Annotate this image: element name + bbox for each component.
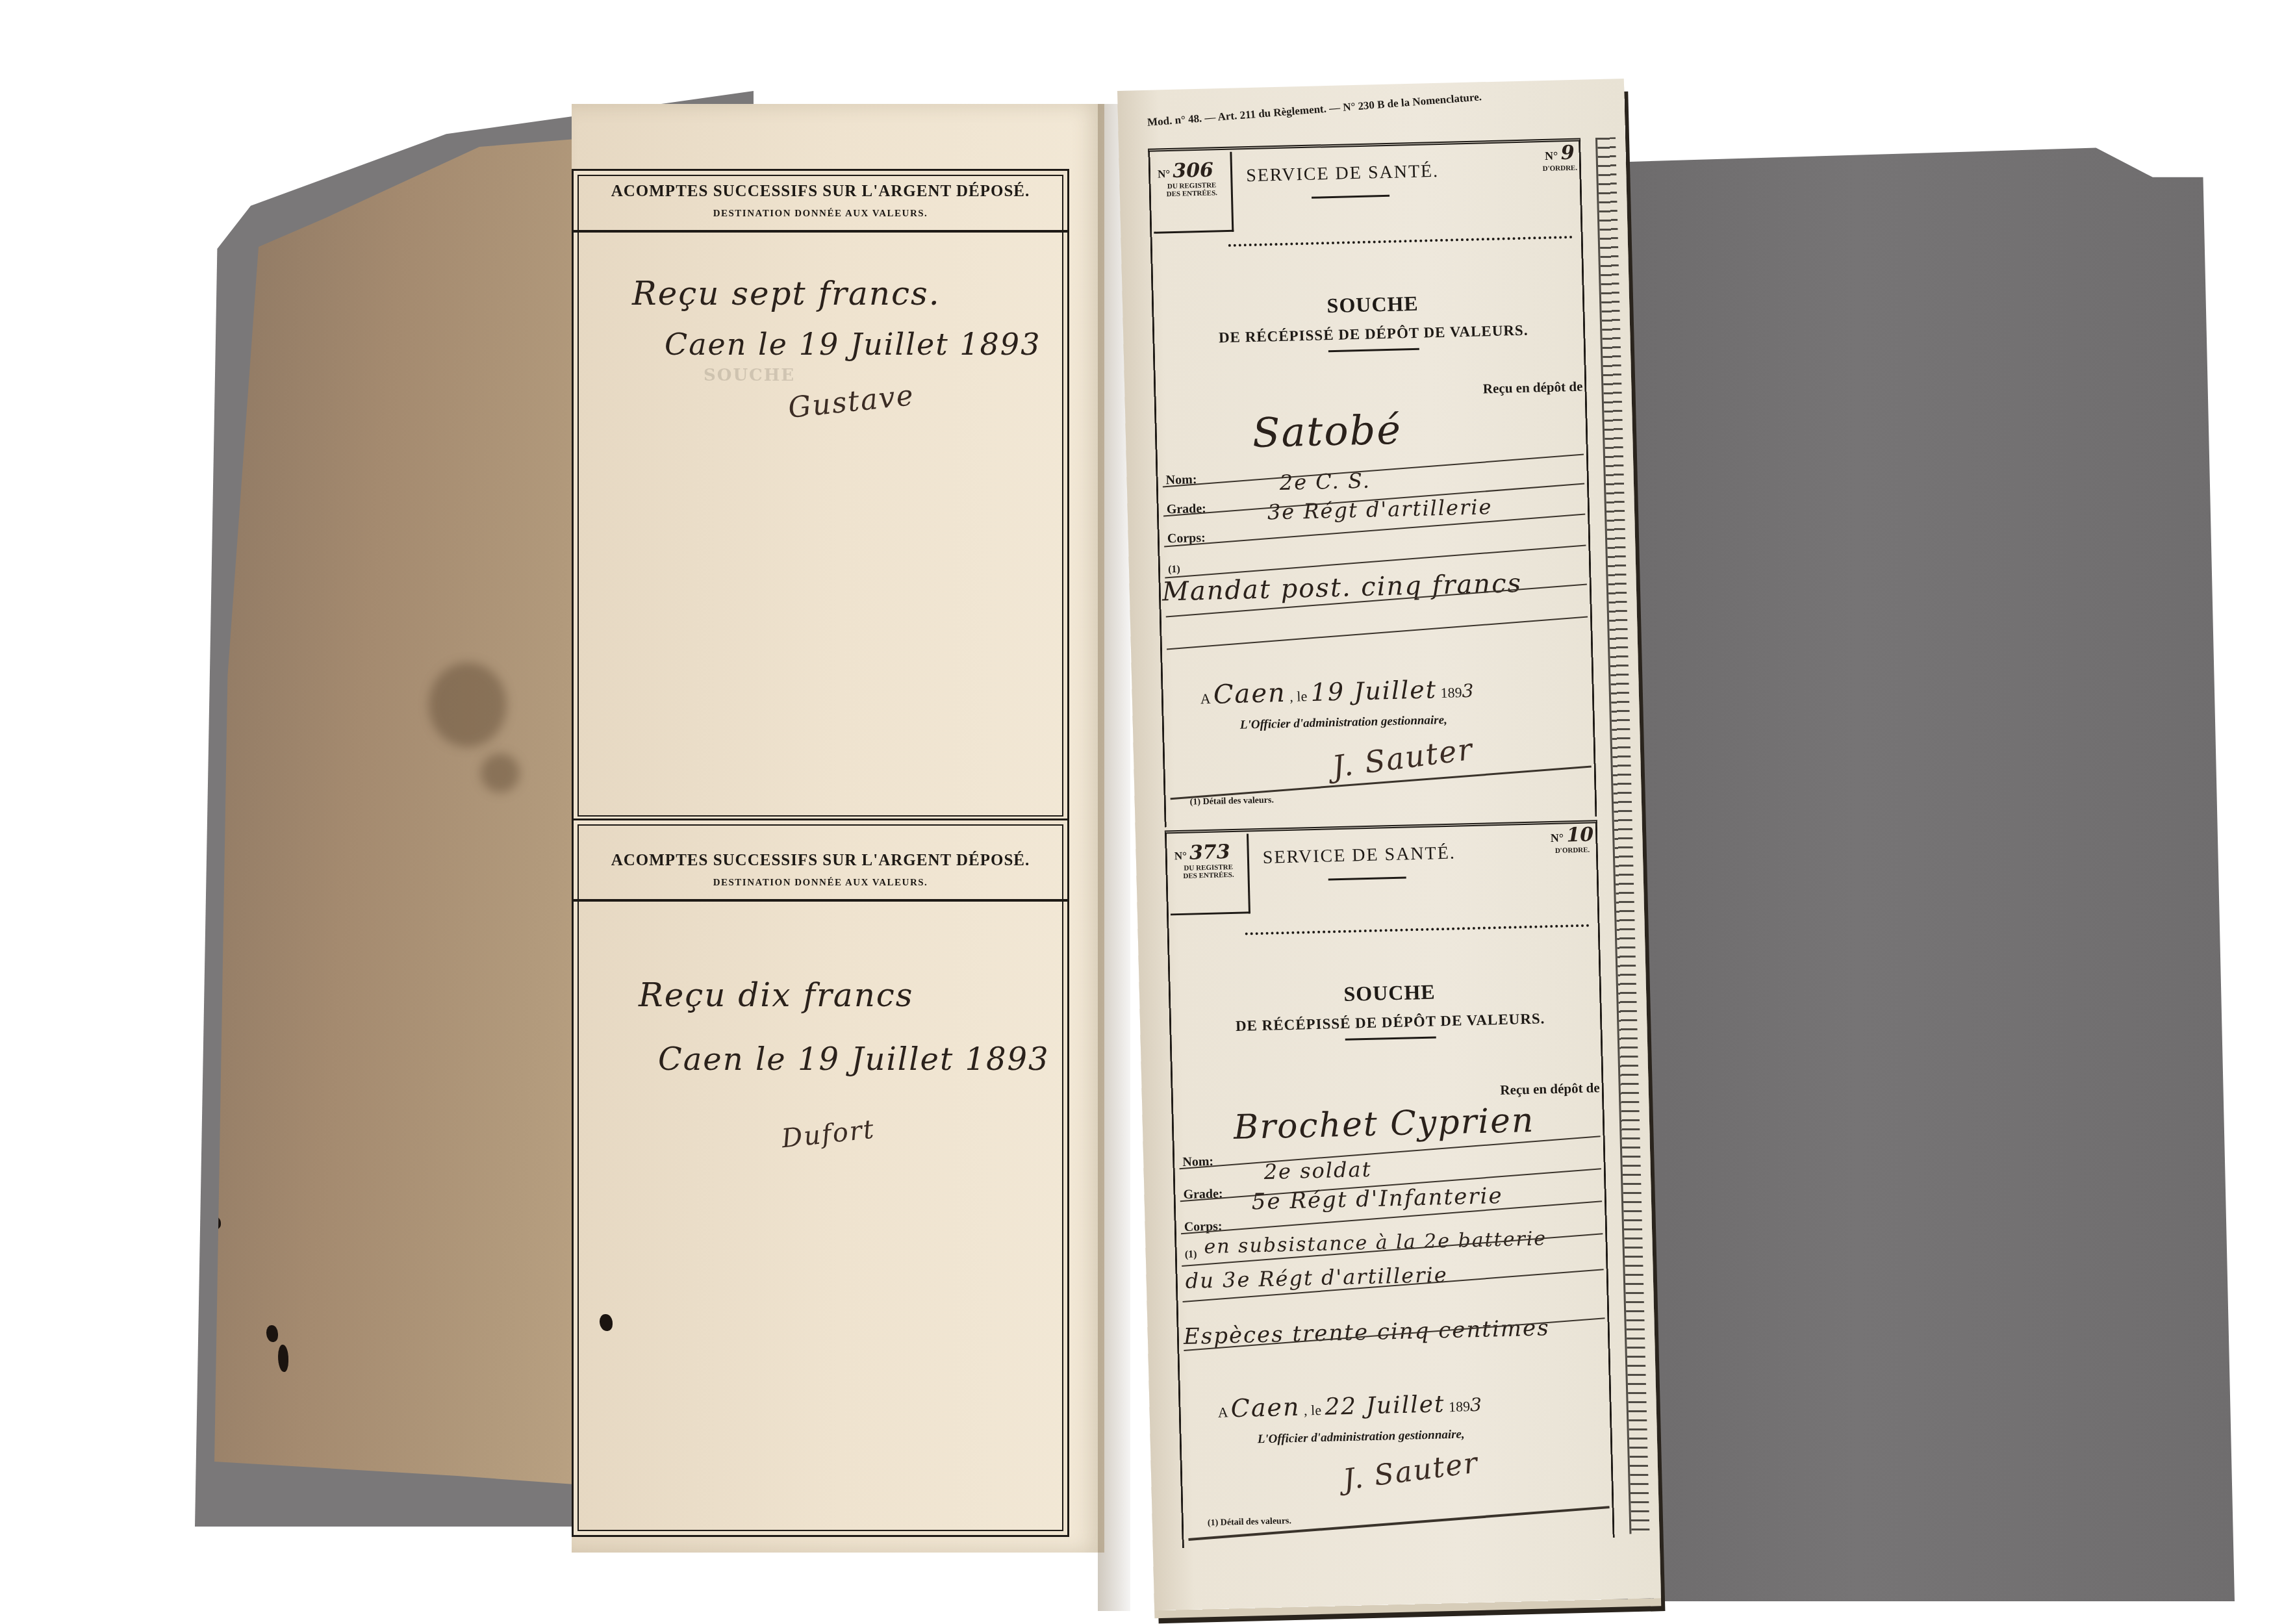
footnote: (1) Détail des valeurs. [1208, 1516, 1291, 1529]
grade-value: 2e C. S. [1279, 468, 1371, 495]
detail-marker: (1) [1185, 1249, 1197, 1261]
place-value: Caen [1230, 1393, 1300, 1423]
acompte-header: ACOMPTES SUCCESSIFS SUR L'ARGENT DÉPOSÉ.… [574, 840, 1067, 902]
back-cover-grey [1605, 133, 2235, 1601]
acompte-title: ACOMPTES SUCCESSIFS SUR L'ARGENT DÉPOSÉ. [574, 852, 1067, 870]
left-page: ACOMPTES SUCCESSIFS SUR L'ARGENT DÉPOSÉ.… [572, 104, 1104, 1553]
acompte-subtitle: DESTINATION DONNÉE AUX VALEURS. [574, 209, 1067, 220]
souche-block: SOUCHE DE RÉCÉPISSÉ DE DÉPÔT DE VALEURS. [1169, 976, 1612, 1045]
ink-blot [600, 1314, 613, 1331]
acompte-header: ACOMPTES SUCCESSIFS SUR L'ARGENT DÉPOSÉ.… [574, 171, 1067, 233]
ink-blot [278, 1345, 288, 1372]
date-value: 22 Juillet [1325, 1391, 1445, 1421]
order-number-box: N° 10 D'ORDRE. [1550, 823, 1594, 855]
order-number-box: N° 9 D'ORDRE. [1542, 142, 1578, 173]
show-through-souche: SOUCHE [704, 366, 795, 385]
left-stub-2: ACOMPTES SUCCESSIFS SUR L'ARGENT DÉPOSÉ.… [572, 818, 1069, 1537]
register-label: N° [1158, 168, 1171, 180]
handwritten-signature: Dufort [780, 1115, 876, 1154]
order-number: 9 [1560, 142, 1575, 164]
souche-subtitle: DE RÉCÉPISSÉ DE DÉPÔT DE VALEURS. [1152, 320, 1594, 348]
year-suffix: 3 [1470, 1394, 1482, 1415]
order-number: 10 [1566, 823, 1594, 846]
handwritten-amount: Reçu dix francs [639, 976, 914, 1014]
name-value: Brochet Cyprien [1233, 1101, 1535, 1147]
right-page: Mod. n° 48. — Art. 211 du Règlement. — N… [1117, 79, 1661, 1610]
year-suffix: 3 [1462, 680, 1474, 702]
order-label: N° [1551, 831, 1564, 844]
grade-value: 2e soldat [1263, 1157, 1372, 1184]
register-box: N° 306 DU REGISTRE DES ENTRÉES. [1152, 152, 1234, 234]
order-label: N° [1545, 149, 1558, 162]
ink-blot [266, 1325, 278, 1342]
detail-marker: (1) [1168, 564, 1180, 576]
order-caption: D'ORDRE. [1542, 164, 1577, 173]
order-caption: D'ORDRE. [1551, 846, 1594, 855]
souche-block: SOUCHE DE RÉCÉPISSÉ DE DÉPÔT DE VALEURS. [1152, 287, 1595, 357]
register-number: 373 [1189, 841, 1230, 865]
form-reference: Mod. n° 48. — Art. 211 du Règlement. — N… [1147, 82, 1588, 129]
left-stub-1: ACOMPTES SUCCESSIFS SUR L'ARGENT DÉPOSÉ.… [572, 169, 1069, 822]
date-prefix: , le [1289, 688, 1307, 705]
year-prefix: 189 [1440, 684, 1462, 701]
date-value: 19 Juillet [1310, 675, 1437, 707]
handwritten-place-date: Caen le 19 Juillet 1893 [658, 1041, 1050, 1078]
handwritten-amount: Reçu sept francs. [632, 275, 941, 312]
receipt-stub-1: N° 306 DU REGISTRE DES ENTRÉES. SERVICE … [1148, 138, 1606, 824]
received-label: Reçu en dépôt de [1483, 379, 1583, 398]
year-prefix: 189 [1449, 1398, 1471, 1415]
handwritten-signature: Gustave [787, 379, 916, 425]
register-number: 306 [1173, 159, 1213, 183]
acompte-title: ACOMPTES SUCCESSIFS SUR L'ARGENT DÉPOSÉ. [574, 183, 1067, 201]
water-stain [429, 663, 507, 747]
place-prefix: A [1200, 691, 1210, 707]
footnote: (1) Détail des valeurs. [1190, 795, 1274, 807]
place-prefix: A [1217, 1404, 1227, 1420]
name-value: Satobé [1252, 405, 1402, 457]
handwritten-place-date: Caen le 19 Juillet 1893 [665, 327, 1041, 362]
receipt-stub-2: N° 373 DU REGISTRE DES ENTRÉES. SERVICE … [1165, 820, 1624, 1545]
received-label: Reçu en dépôt de [1500, 1080, 1600, 1098]
place-value: Caen [1213, 678, 1286, 710]
register-caption: DES ENTRÉES. [1153, 189, 1231, 199]
date-prefix: , le [1304, 1402, 1321, 1419]
register-label: N° [1174, 850, 1187, 862]
souche-subtitle: DE RÉCÉPISSÉ DE DÉPÔT DE VALEURS. [1169, 1009, 1611, 1037]
register-caption: DES ENTRÉES. [1169, 870, 1247, 880]
water-stain [481, 754, 520, 793]
acompte-subtitle: DESTINATION DONNÉE AUX VALEURS. [574, 878, 1067, 889]
register-box: N° 373 DU REGISTRE DES ENTRÉES. [1169, 833, 1250, 915]
form-reference-line: Mod. n° 48. — Art. 211 du Règlement. — N… [1147, 105, 1589, 129]
